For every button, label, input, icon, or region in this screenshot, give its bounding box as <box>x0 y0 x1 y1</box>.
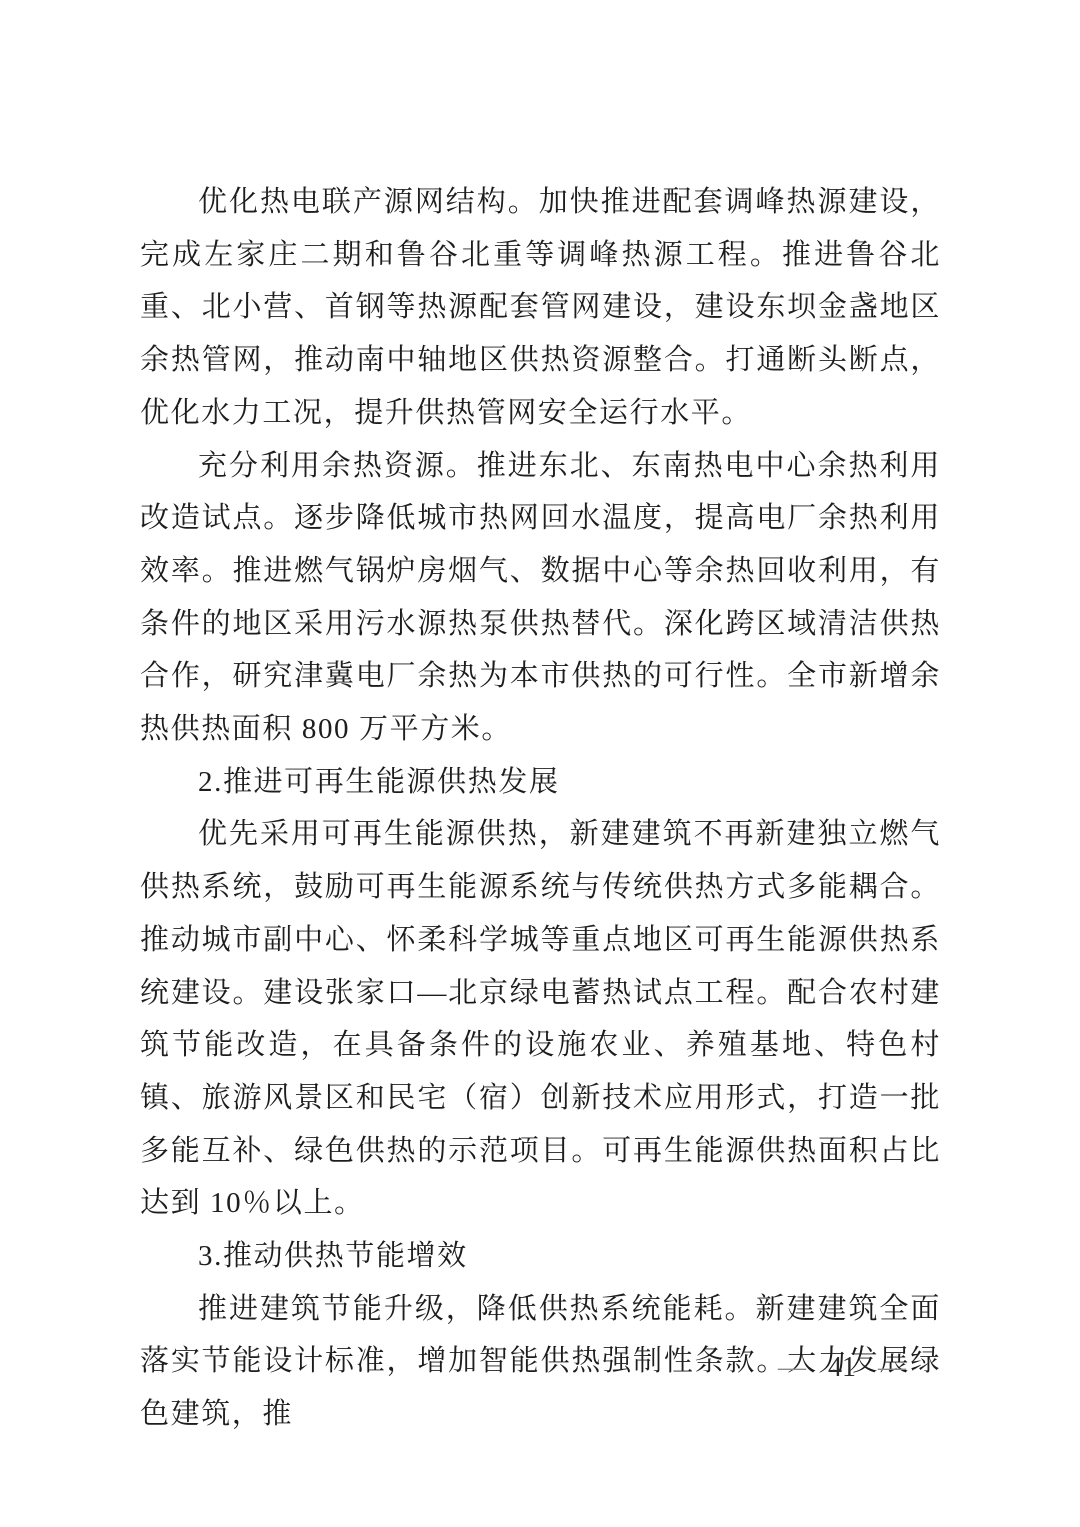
footer-dash-right: — <box>874 1352 910 1383</box>
document-body: 优化热电联产源网结构。加快推进配套调峰热源建设，完成左家庄二期和鲁谷北重等调峰热… <box>140 176 941 1441</box>
document-page: 优化热电联产源网结构。加快推进配套调峰热源建设，完成左家庄二期和鲁谷北重等调峰热… <box>0 0 1080 1527</box>
paragraph-renewable-heating: 优先采用可再生能源供热，新建建筑不再新建独立燃气供热系统，鼓励可再生能源系统与传… <box>140 808 941 1230</box>
page-footer: —41— <box>774 1352 910 1384</box>
section-heading-energy-efficiency: 3.推动供热节能增效 <box>140 1230 941 1283</box>
paragraph-waste-heat-utilization: 充分利用余热资源。推进东北、东南热电中心余热利用改造试点。逐步降低城市热网回水温… <box>140 440 941 756</box>
paragraph-optimize-chp-network: 优化热电联产源网结构。加快推进配套调峰热源建设，完成左家庄二期和鲁谷北重等调峰热… <box>140 176 941 440</box>
section-heading-renewable-heating: 2.推进可再生能源供热发展 <box>140 756 941 809</box>
footer-dash-left: — <box>774 1352 810 1383</box>
page-number: 41 <box>810 1352 874 1383</box>
